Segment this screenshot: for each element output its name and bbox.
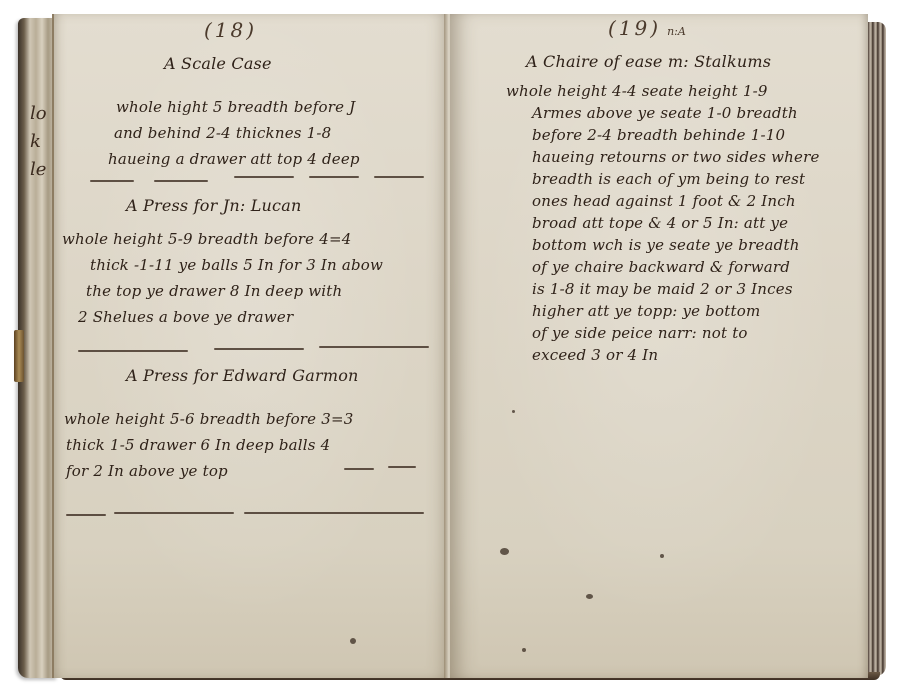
ink-spot [500, 548, 509, 555]
open-manuscript-book: lo k le (18) A Scale Case whole hight 5 … [0, 0, 900, 692]
page-number-text: (19) [608, 16, 661, 40]
page-number: (18) [204, 18, 257, 42]
divider-rule [114, 512, 234, 514]
right-page: (19)n:A A Chaire of ease m: Stalkums who… [450, 14, 868, 678]
divider-rule [214, 348, 304, 350]
margin-fragment: le [30, 156, 50, 184]
entry-line: thick -1-11 ye balls 5 In for 3 In abow [90, 252, 383, 278]
entry-line: whole height 5-9 breadth before 4=4 [62, 226, 383, 252]
entry-heading: A Press for Jn: Lucan [126, 196, 301, 215]
ink-spot [350, 638, 356, 644]
entry-line: 2 Shelues a bove ye drawer [78, 304, 383, 330]
divider-rule [344, 468, 374, 470]
entry-heading: A Scale Case [164, 54, 272, 73]
ink-spot [660, 554, 664, 558]
entry-line: thick 1-5 drawer 6 In deep balls 4 [66, 432, 353, 458]
divider-rule [309, 176, 359, 178]
entry-line: whole height 5-6 breadth before 3=3 [64, 406, 353, 432]
entry-heading: A Press for Edward Garmon [126, 366, 359, 385]
divider-rule [319, 346, 429, 348]
divider-rule [388, 466, 416, 468]
margin-fragment: lo [30, 100, 50, 128]
divider-rule [244, 512, 424, 514]
book-clasp [14, 330, 24, 382]
ink-spot [586, 594, 593, 599]
divider-rule [234, 176, 294, 178]
ink-spot [522, 648, 526, 652]
margin-fragment: k [30, 128, 50, 156]
ink-spot [512, 410, 515, 413]
entry-text: whole hight 5 breadth before J and behin… [116, 94, 360, 172]
divider-rule [90, 180, 134, 182]
entry-line: for 2 In above ye top [66, 458, 353, 484]
left-page: (18) A Scale Case whole hight 5 breadth … [52, 14, 450, 678]
entry-text: whole height 5-9 breadth before 4=4 thic… [62, 226, 383, 330]
entry-text: whole height 4-4 seate height 1-9 Armes … [506, 78, 820, 368]
entry-line: haueing a drawer att top 4 deep [108, 146, 360, 172]
entry-heading: A Chaire of ease m: Stalkums [526, 52, 771, 71]
entry-line: and behind 2-4 thicknes 1-8 [114, 120, 360, 146]
divider-rule [374, 176, 424, 178]
entry-line: the top ye drawer 8 In deep with [86, 278, 383, 304]
entry-line: whole hight 5 breadth before J [116, 94, 360, 120]
page-note: n:A [667, 25, 686, 38]
previous-page-fragments: lo k le [30, 100, 50, 184]
divider-rule [154, 180, 208, 182]
divider-rule [66, 514, 106, 516]
divider-rule [78, 350, 188, 352]
entry-text: whole height 5-6 breadth before 3=3 thic… [64, 406, 353, 484]
page-number: (19)n:A [608, 16, 686, 40]
